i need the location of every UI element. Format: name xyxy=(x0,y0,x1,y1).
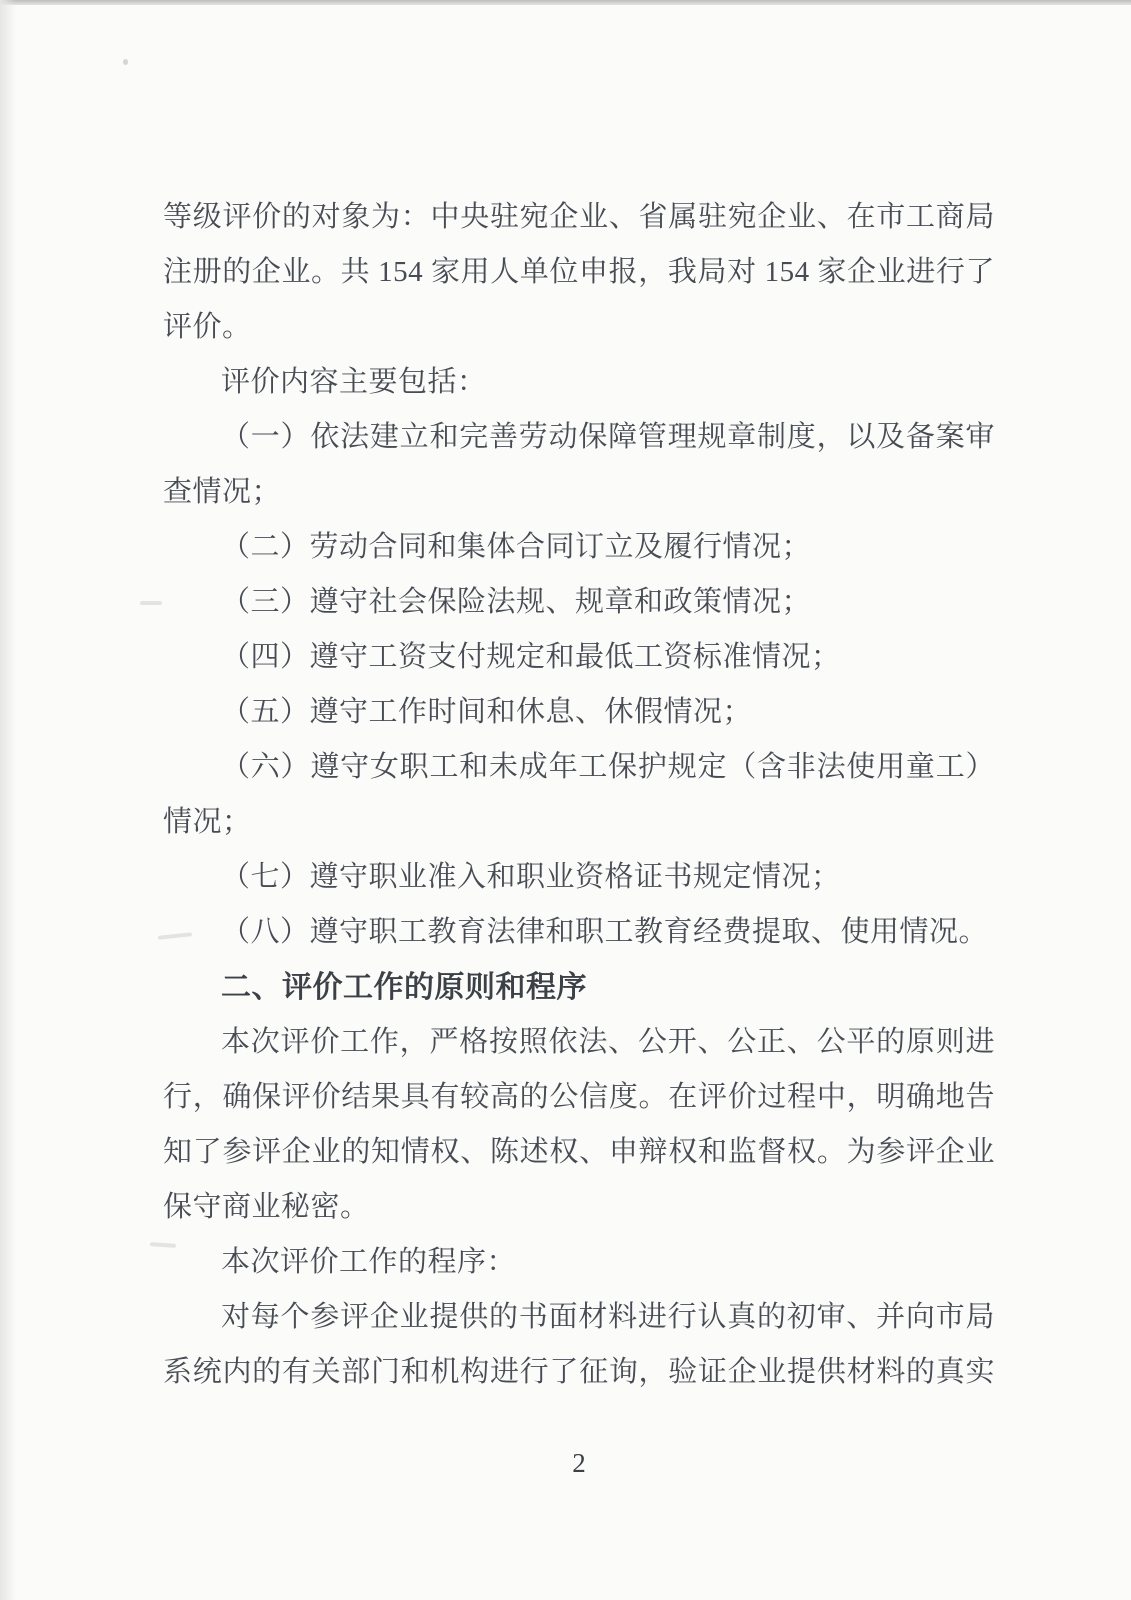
text-line: 注册的企业。共 154 家用人单位申报，我局对 154 家企业进行了 xyxy=(163,245,995,300)
text-line: 情况； xyxy=(163,795,995,850)
scanned-document-page: 等级评价的对象为：中央驻宛企业、省属驻宛企业、在市工商局 注册的企业。共 154… xyxy=(0,0,1131,1600)
list-item-4: （四）遵守工资支付规定和最低工资标准情况； xyxy=(163,630,995,685)
scan-smudge xyxy=(140,601,162,605)
text-line: 系统内的有关部门和机构进行了征询，验证企业提供材料的真实 xyxy=(163,1345,995,1400)
list-item-3: （三）遵守社会保险法规、规章和政策情况； xyxy=(163,575,995,630)
list-item-8: （八）遵守职工教育法律和职工教育经费提取、使用情况。 xyxy=(163,905,995,960)
scan-speck xyxy=(123,59,128,65)
text-line: 评价内容主要包括： xyxy=(163,355,995,410)
list-item-2: （二）劳动合同和集体合同订立及履行情况； xyxy=(163,520,995,575)
text-line: 本次评价工作，严格按照依法、公开、公正、公平的原则进 xyxy=(163,1015,995,1070)
text-line: 行，确保评价结果具有较高的公信度。在评价过程中，明确地告 xyxy=(163,1070,995,1125)
document-body: 等级评价的对象为：中央驻宛企业、省属驻宛企业、在市工商局 注册的企业。共 154… xyxy=(163,190,995,1400)
section-heading: 二、评价工作的原则和程序 xyxy=(163,960,995,1015)
text-line: 知了参评企业的知情权、陈述权、申辩权和监督权。为参评企业 xyxy=(163,1125,995,1180)
list-item-5: （五）遵守工作时间和休息、休假情况； xyxy=(163,685,995,740)
text-line: 保守商业秘密。 xyxy=(163,1180,995,1235)
list-item-6: （六）遵守女职工和未成年工保护规定（含非法使用童工） xyxy=(163,740,995,795)
page-number: 2 xyxy=(163,1448,995,1479)
list-item-1: （一）依法建立和完善劳动保障管理规章制度，以及备案审 xyxy=(163,410,995,465)
text-line: 本次评价工作的程序： xyxy=(163,1235,995,1290)
list-item-7: （七）遵守职业准入和职业资格证书规定情况； xyxy=(163,850,995,905)
scan-edge-left xyxy=(0,0,16,1600)
text-line: 查情况； xyxy=(163,465,995,520)
text-line: 评价。 xyxy=(163,300,995,355)
text-line: 对每个参评企业提供的书面材料进行认真的初审、并向市局 xyxy=(163,1290,995,1345)
text-line: 等级评价的对象为：中央驻宛企业、省属驻宛企业、在市工商局 xyxy=(163,190,995,245)
scan-edge-top xyxy=(0,0,1131,5)
